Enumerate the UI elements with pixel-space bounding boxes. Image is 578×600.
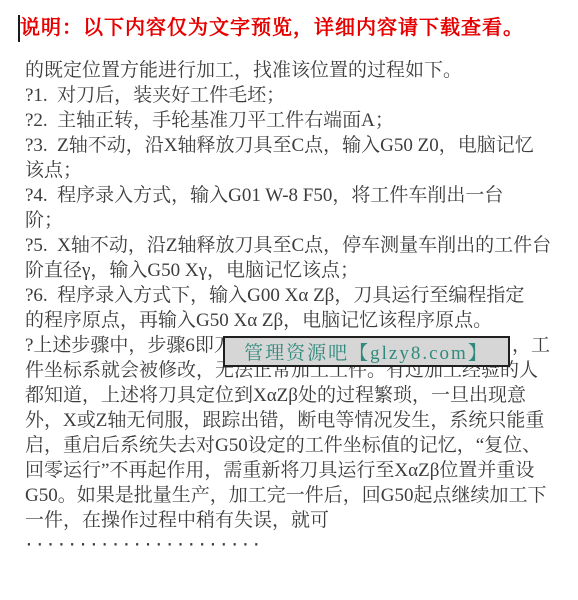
ellipsis-line: ······················ [25,533,553,558]
document-preview-page: 说明：以下内容仅为文字预览，详细内容请下载查看。 的既定位置方能进行加工，找准该… [0,0,578,600]
text-line: 的既定位置方能进行加工，找准该位置的过程如下。 [25,58,553,83]
text-line: 回零运行”不再起作用，需重新将刀具运行至XαZβ位置并重设 [25,458,553,483]
text-line: ?3. Z轴不动，沿X轴释放刀具至C点，输入G50 Z0，电脑记忆 [25,133,553,158]
watermark-badge: 管理资源吧【glzy8.com】 [223,336,510,367]
text-line: 阶直径γ，输入G50 Xγ，电脑记忆该点； [25,258,553,283]
text-line: ?1. 对刀后，装夹好工件毛坯； [25,83,553,108]
text-line: ?4. 程序录入方式，输入G01 W-8 F50，将工件车削出一台 [25,183,553,208]
text-line: 外，X或Z轴无伺服，跟踪出错，断电等情况发生，系统只能重 [25,408,553,433]
document-body: 的既定位置方能进行加工，找准该位置的过程如下。?1. 对刀后，装夹好工件毛坯；?… [25,58,553,558]
text-line: ?5. X轴不动，沿Z轴释放刀具至C点，停车测量车削出的工件台 [25,233,553,258]
text-line: 启，重启后系统失去对G50设定的工件坐标值的记忆，“复位、 [25,433,553,458]
text-line: ?6. 程序录入方式下，输入G00 Xα Zβ，刀具运行至编程指定 [25,283,553,308]
text-line: 该点； [25,158,553,183]
text-line: 的程序原点，再输入G50 Xα Zβ，电脑记忆该程序原点。 [25,308,553,333]
text-line: 阶； [25,208,553,233]
preview-notice: 说明：以下内容仅为文字预览，详细内容请下载查看。 [20,14,524,42]
watermark-text: 管理资源吧【glzy8.com】 [244,338,489,365]
text-line: G50。如果是批量生产，加工完一件后，回G50起点继续加工下 [25,483,553,508]
text-line: ?2. 主轴正转，手轮基准刀平工件右端面A； [25,108,553,133]
text-line: 都知道，上述将刀具定位到XαZβ处的过程繁琐，一旦出现意 [25,383,553,408]
text-fragment-after-watermark: ，工 [512,333,550,358]
text-line: 一件，在操作过程中稍有失误，就可 [25,508,553,533]
